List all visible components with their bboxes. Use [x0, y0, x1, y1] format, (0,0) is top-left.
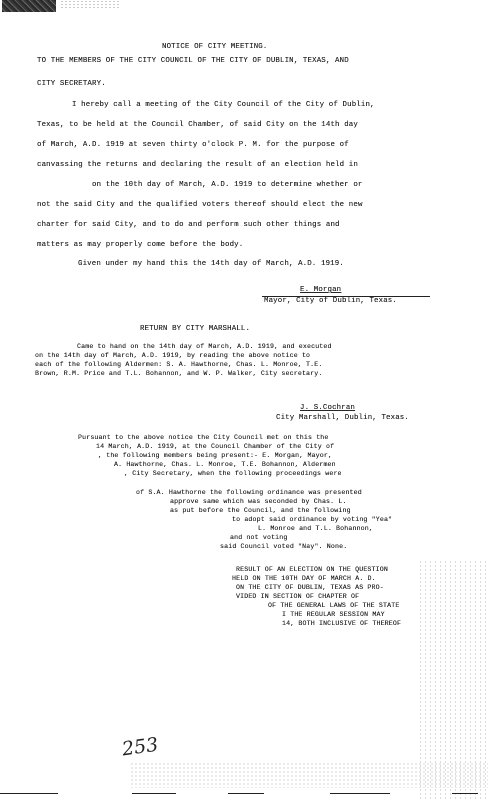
scan-edge-line — [132, 793, 176, 794]
motion-line: of S.A. Hawthorne the following ordinanc… — [136, 489, 362, 497]
ordinance-heading-line: OF THE GENERAL LAWS OF THE STATE — [268, 602, 399, 610]
scan-edge-line — [452, 793, 478, 794]
notice-body-line: I hereby call a meeting of the City Coun… — [72, 101, 375, 110]
notice-title: NOTICE OF CITY MEETING. — [162, 43, 267, 52]
minutes-body-line: A. Hawthorne, Chas. L. Monroe, T.E. Boha… — [114, 461, 336, 469]
scanned-document-page: NOTICE OF CITY MEETING. TO THE MEMBERS O… — [0, 0, 488, 800]
mayor-title: Mayor, City of Dublin, Texas. — [264, 297, 397, 306]
ordinance-heading-line: HELD ON THE 10TH DAY OF MARCH A. D. — [232, 575, 376, 583]
notice-body-line: Texas, to be held at the Council Chamber… — [37, 121, 358, 130]
scan-edge-line — [228, 793, 264, 794]
handwritten-page-number: 253 — [121, 734, 160, 761]
notice-addressee-line1: TO THE MEMBERS OF THE CITY COUNCIL OF TH… — [37, 57, 349, 66]
ordinance-heading-line: 14, BOTH INCLUSIVE OF THEREOF — [282, 620, 401, 628]
marshall-title: City Marshall, Dublin, Texas. — [276, 414, 409, 423]
motion-line: to adopt said ordinance by voting "Yea" — [232, 516, 392, 524]
minutes-body-line: 14 March, A.D. 1919, at the Council Cham… — [96, 443, 334, 451]
motion-line: approve same which was seconded by Chas.… — [170, 498, 347, 506]
motion-line: as put before the Council, and the follo… — [170, 507, 351, 515]
mayor-signature: E. Morgan — [300, 286, 341, 295]
notice-body-line: charter for said City, and to do and per… — [37, 221, 340, 230]
notice-body-line: on the 10th day of March, A.D. 1919 to d… — [92, 181, 363, 190]
return-body-line: each of the following Aldermen: S. A. Ha… — [35, 361, 322, 369]
notice-body-line: of March, A.D. 1919 at seven thirty o'cl… — [37, 141, 349, 150]
minutes-body-line: Pursuant to the above notice the City Co… — [78, 434, 329, 442]
motion-line: and not voting — [230, 534, 288, 542]
ordinance-heading-line: I THE REGULAR SESSION MAY — [282, 611, 385, 619]
scan-edge-line — [0, 793, 58, 794]
notice-body-line: not the said City and the qualified vote… — [37, 201, 363, 210]
notice-addressee-line2: CITY SECRETARY. — [37, 80, 106, 89]
return-title: RETURN BY CITY MARSHALL. — [140, 325, 250, 334]
return-body-line: Came to hand on the 14th day of March, A… — [77, 343, 332, 351]
scan-corner-smudge — [2, 0, 56, 12]
minutes-body-line: , the following members being present:- … — [98, 452, 332, 460]
marshall-signature: J. S.Cochran — [300, 404, 355, 413]
minutes-body-line: , City Secretary, when the following pro… — [124, 470, 342, 478]
motion-line: said Council voted "Nay". None. — [220, 543, 347, 551]
motion-line: L. Monroe and T.L. Bohannon, — [258, 525, 373, 533]
scan-edge-line — [330, 793, 390, 794]
return-body-line: on the 14th day of March, A.D. 1919, by … — [35, 352, 310, 360]
ordinance-heading-line: RESULT OF AN ELECTION ON THE QUESTION — [236, 566, 388, 574]
notice-given-line: Given under my hand this the 14th day of… — [78, 260, 344, 269]
scan-noise — [130, 762, 488, 788]
notice-body-line: matters as may properly come before the … — [37, 241, 243, 250]
ordinance-heading-line: ON THE CITY OF DUBLIN, TEXAS AS PRO- — [236, 584, 384, 592]
scan-speckle — [60, 0, 120, 10]
notice-body-line: canvassing the returns and declaring the… — [37, 161, 358, 170]
ordinance-heading-line: VIDED IN SECTION OF CHAPTER OF — [236, 593, 359, 601]
return-body-line: Brown, R.M. Price and T.L. Bohannon, and… — [35, 370, 322, 378]
